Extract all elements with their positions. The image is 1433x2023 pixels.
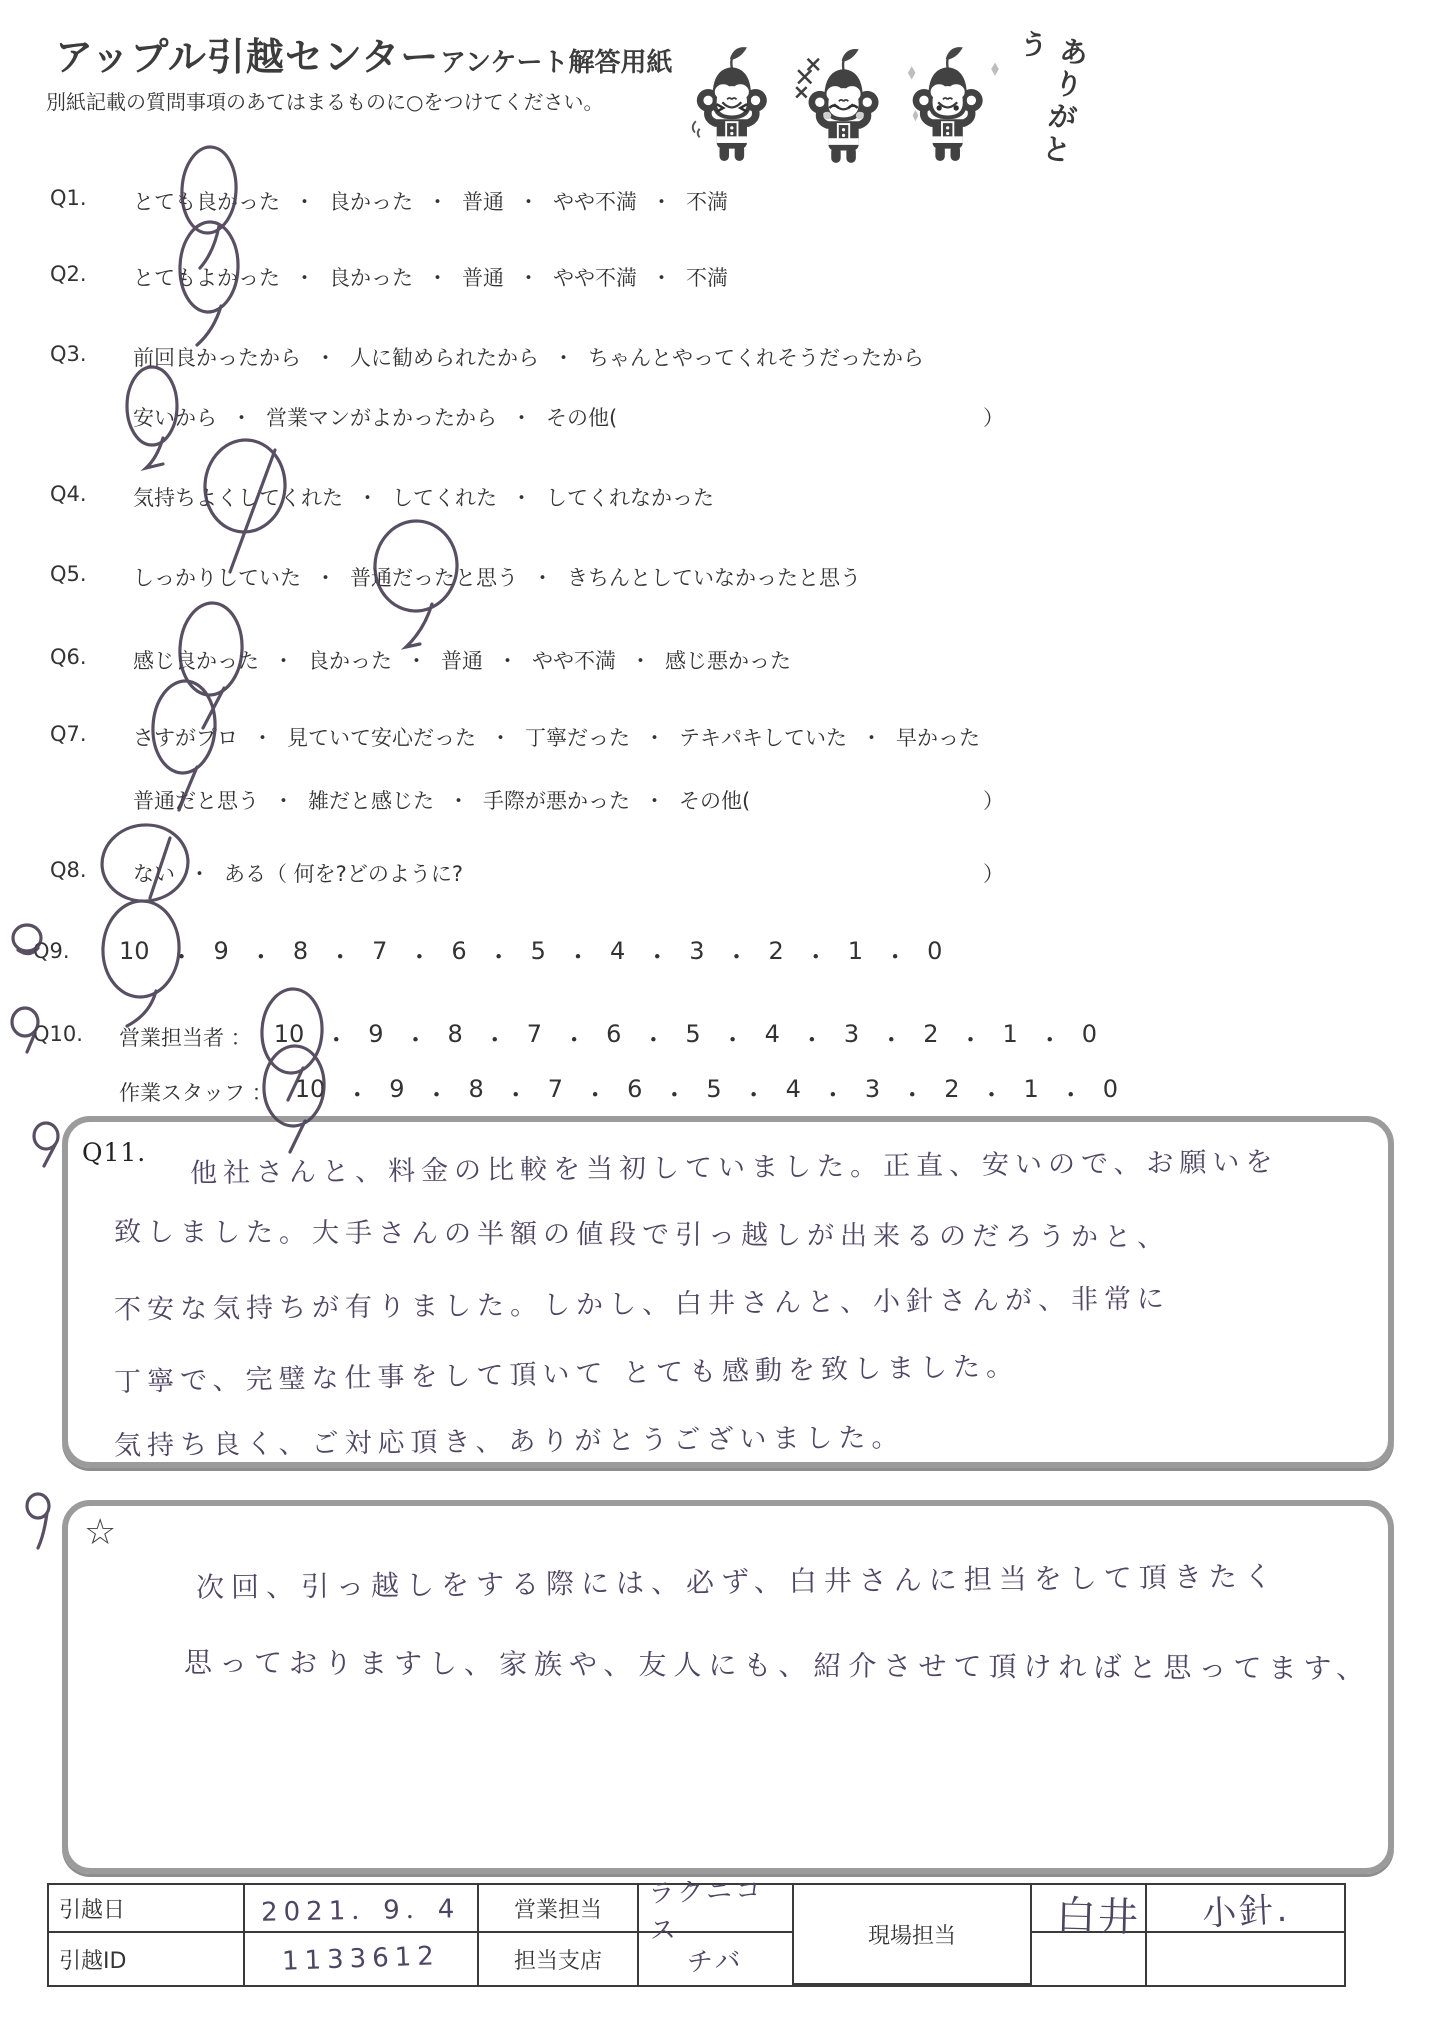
dot-separator: ・	[800, 1020, 824, 1055]
dot-separator: ・	[742, 1075, 766, 1110]
mascot-2	[809, 49, 879, 158]
option[interactable]: 前回良かったから	[133, 342, 301, 372]
option[interactable]: 良かった	[329, 262, 413, 292]
option[interactable]: テキパキしていた	[679, 722, 847, 752]
option[interactable]: 0	[1082, 1020, 1097, 1055]
sheet-title: アンケート解答用紙	[440, 42, 672, 79]
mascot-3	[913, 47, 983, 156]
handwritten-comment: 他社さんと、料金の比較を当初していました。正直、安いので、お願いを致しました。大…	[68, 1122, 1378, 1474]
handwritten-line: 思っておりますし、家族や、友人にも、紹介させて頂ければと思ってます、	[184, 1621, 1368, 1711]
dot-separator: ・	[490, 722, 511, 752]
dot-separator: ・	[553, 342, 574, 372]
dot-separator: ・	[979, 1075, 1003, 1110]
footer-info-table: 引越日 2021．9．4 営業担当 ラクニコス 現場担当 白井 小針. 引越ID…	[47, 1883, 1346, 1987]
dot-separator: ・	[294, 262, 315, 292]
option[interactable]: 安いから	[133, 402, 217, 432]
site-crew-name-1[interactable]: 白井	[1032, 1885, 1147, 1933]
dot-separator: ・	[641, 1020, 665, 1055]
dot-separator: ・	[1038, 1020, 1062, 1055]
dot-separator: ・	[425, 1075, 449, 1110]
dot-separator: ・	[511, 482, 532, 512]
option[interactable]: 4	[786, 1075, 801, 1110]
question-row-q3: Q3. 前回良かったから・人に勧められたから・ちゃんとやってくれそうだったから	[50, 342, 924, 372]
option[interactable]: 2	[769, 937, 784, 972]
dot-separator: ・	[315, 562, 336, 592]
option[interactable]: 雑だと感じた	[308, 785, 434, 815]
margin-pen-mark-q11	[34, 1123, 58, 1166]
dot-separator: ・	[511, 402, 532, 432]
option[interactable]: 5	[531, 937, 546, 972]
dot-separator: ・	[644, 785, 665, 815]
dot-separator: ・	[483, 1020, 507, 1055]
monkey-mascots-illustration	[688, 36, 1018, 178]
handwritten-line: 気持ち良く、ご対応頂き、ありがとうございました。	[114, 1399, 1369, 1480]
option[interactable]: 不満	[686, 186, 728, 216]
option[interactable]: 8	[293, 937, 308, 972]
dot-separator: ・	[294, 186, 315, 216]
question-label: Q7.	[50, 722, 133, 746]
question-row-q10-sales: Q10. 営業担当者 ： 10・9・8・7・6・5・4・3・2・1・0	[33, 1020, 1097, 1055]
option[interactable]: さすがプロ	[133, 722, 238, 752]
option[interactable]: 6	[606, 1020, 621, 1055]
option[interactable]: その他(	[679, 785, 750, 815]
question-row-q3-line2: Q3. 安いから・営業マンがよかったから・その他(	[50, 402, 617, 432]
option[interactable]: 良かった	[308, 645, 392, 675]
option[interactable]: やや不満	[553, 186, 637, 216]
question-label: Q6.	[50, 645, 133, 669]
option[interactable]: 感じ悪かった	[665, 645, 791, 675]
option[interactable]: 6	[451, 937, 466, 972]
dot-separator: ・	[518, 186, 539, 216]
question-row-q7: Q7. さすがプロ・見ていて安心だった・丁寧だった・テキパキしていた・早かった	[50, 722, 980, 752]
option[interactable]: とてもよかった	[133, 262, 280, 292]
option[interactable]: 0	[1103, 1075, 1118, 1110]
handwritten-comment: 次回、引っ越しをする際には、必ず、白井さんに担当をして頂きたく思っておりますし、…	[68, 1506, 1378, 1708]
option[interactable]: 3	[844, 1020, 859, 1055]
option[interactable]: 10	[119, 937, 150, 972]
question-label: Q9.	[33, 937, 119, 963]
option[interactable]: 4	[765, 1020, 780, 1055]
option[interactable]: 6	[627, 1075, 642, 1110]
dot-separator: ・	[404, 1020, 428, 1055]
option[interactable]: 7	[527, 1020, 542, 1055]
dot-separator: ・	[645, 937, 669, 972]
option[interactable]: 丁寧だった	[525, 722, 630, 752]
question-label: Q10.	[33, 1020, 119, 1046]
option[interactable]: 人に勧められたから	[350, 342, 539, 372]
question-row-q1: Q1. とても良かった・良かった・普通・やや不満・不満	[50, 186, 728, 216]
dot-separator: ・	[651, 186, 672, 216]
option[interactable]: 0	[927, 937, 942, 972]
dot-separator: ・	[189, 858, 210, 888]
option[interactable]: 8	[469, 1075, 484, 1110]
option[interactable]: ない	[133, 858, 175, 888]
option[interactable]: 2	[944, 1075, 959, 1110]
option[interactable]: 感じ良かった	[133, 645, 259, 675]
option[interactable]: 気持ちよくしてくれた	[133, 482, 343, 512]
option[interactable]: ある（ 何を?どのように?	[224, 858, 463, 888]
dot-separator: ・	[532, 562, 553, 592]
dot-separator: ・	[821, 1075, 845, 1110]
comment-box-q11[interactable]: Q11. 他社さんと、料金の比較を当初していました。正直、安いので、お願いを致し…	[62, 1116, 1394, 1468]
option[interactable]: 普通だったと思う	[350, 562, 518, 592]
dot-separator: ・	[249, 937, 273, 972]
dot-separator: ・	[651, 262, 672, 292]
dot-separator: ・	[518, 262, 539, 292]
move-id-label: 引越ID	[49, 1933, 245, 1985]
scanned-survey-sheet: アップル引越センター アンケート解答用紙 別紙記載の質問事項のあてはまるものに○…	[0, 0, 1433, 2023]
option[interactable]: 5	[685, 1020, 700, 1055]
brand-title: アップル引越センター	[55, 26, 439, 81]
dot-separator: ・	[725, 937, 749, 972]
sales-rep-label: 営業担当	[479, 1885, 639, 1933]
dot-separator: ・	[407, 937, 431, 972]
option[interactable]: ちゃんとやってくれそうだったから	[588, 342, 924, 372]
mascot-1	[693, 47, 767, 156]
comment-box-star[interactable]: ☆ 次回、引っ越しをする際には、必ず、白井さんに担当をして頂きたく思っております…	[62, 1500, 1394, 1874]
question-label: Q2.	[50, 262, 133, 286]
option[interactable]: とても良かった	[133, 186, 280, 216]
dot-separator: ・	[583, 1075, 607, 1110]
dot-separator: ・	[662, 1075, 686, 1110]
handwritten-line: 他社さんと、料金の比較を当初していました。正直、安いので、お願いを	[190, 1128, 1369, 1208]
option[interactable]: 普通	[462, 262, 504, 292]
option[interactable]: 1	[1023, 1075, 1038, 1110]
option[interactable]: 7	[372, 937, 387, 972]
question-label: Q1.	[50, 186, 133, 210]
dot-separator: ・	[504, 1075, 528, 1110]
dot-separator: ・	[861, 722, 882, 752]
dot-separator: ・	[406, 645, 427, 675]
branch-label: 担当支店	[479, 1933, 639, 1985]
dot-separator: ・	[900, 1075, 924, 1110]
option[interactable]: 9	[214, 937, 229, 972]
handwritten-line: 次回、引っ越しをする際には、必ず、白井さんに担当をして頂きたく	[196, 1534, 1369, 1630]
question-row-q9: Q9. 10・9・8・7・6・5・4・3・2・1・0	[33, 937, 942, 972]
option[interactable]: 9	[368, 1020, 383, 1055]
dot-separator: ・	[644, 722, 665, 752]
dot-separator: ・	[427, 262, 448, 292]
option[interactable]: その他(	[546, 402, 617, 432]
dot-separator: ・	[721, 1020, 745, 1055]
site-crew-label: 現場担当	[794, 1885, 1032, 1985]
site-crew-name-2[interactable]: 小針.	[1147, 1885, 1344, 1933]
option[interactable]: 手際が悪かった	[483, 785, 630, 815]
option[interactable]: 3	[865, 1075, 880, 1110]
dot-separator: ・	[448, 785, 469, 815]
option[interactable]: 見ていて安心だった	[287, 722, 476, 752]
option[interactable]: 4	[610, 937, 625, 972]
question-row-q2: Q2. とてもよかった・良かった・普通・やや不満・不満	[50, 262, 728, 292]
dot-separator: ・	[883, 937, 907, 972]
option[interactable]: 1	[1002, 1020, 1017, 1055]
paren-close: ）	[983, 402, 1004, 432]
sales-rep-value[interactable]: ラクニコス	[639, 1885, 794, 1933]
dot-separator: ・	[562, 1020, 586, 1055]
dot-separator: ・	[487, 937, 511, 972]
dot-separator: ・	[328, 937, 352, 972]
dot-separator: ・	[1059, 1075, 1083, 1110]
option[interactable]: 5	[706, 1075, 721, 1110]
question-row-q4: Q4. 気持ちよくしてくれた・してくれた・してくれなかった	[50, 482, 714, 512]
dot-separator: ・	[252, 722, 273, 752]
option[interactable]: 1	[848, 937, 863, 972]
dot-separator: ・	[879, 1020, 903, 1055]
paren-close: ）	[983, 785, 1004, 815]
dot-separator: ・	[958, 1020, 982, 1055]
move-date-value[interactable]: 2021．9．4	[245, 1885, 479, 1933]
option[interactable]: 7	[548, 1075, 563, 1110]
option[interactable]: 2	[923, 1020, 938, 1055]
option[interactable]: してくれなかった	[546, 482, 714, 512]
dot-separator: ・	[357, 482, 378, 512]
option[interactable]: やや不満	[553, 262, 637, 292]
option[interactable]: 普通	[441, 645, 483, 675]
move-date-label: 引越日	[49, 1885, 245, 1933]
dot-separator: ・	[170, 937, 194, 972]
question-row-q5: Q5. しっかりしていた・普通だったと思う・きちんとしていなかったと思う	[50, 562, 861, 592]
scale-sub-label: 営業担当者 ：	[119, 1020, 252, 1052]
option[interactable]: 10	[295, 1075, 326, 1110]
branch-value[interactable]: チバ	[639, 1933, 794, 1985]
option[interactable]: やや不満	[532, 645, 616, 675]
option[interactable]: 早かった	[896, 722, 980, 752]
question-label: Q3.	[50, 342, 133, 366]
option[interactable]: してくれた	[392, 482, 497, 512]
question-label: Q4.	[50, 482, 133, 506]
instruction-text: 別紙記載の質問事項のあてはまるものに○をつけてください。	[46, 86, 603, 115]
sparkle-plus-marks	[796, 59, 819, 98]
move-id-value[interactable]: 1133612	[245, 1933, 479, 1985]
question-row-q6: Q6. 感じ良かった・良かった・普通・やや不満・感じ悪かった	[50, 645, 791, 675]
dot-separator: ・	[804, 937, 828, 972]
dot-separator: ・	[324, 1020, 348, 1055]
dot-separator: ・	[231, 402, 252, 432]
dot-separator: ・	[315, 342, 336, 372]
dot-separator: ・	[566, 937, 590, 972]
question-label: Q8.	[50, 858, 133, 882]
option[interactable]: 営業マンがよかったから	[266, 402, 497, 432]
option[interactable]: 普通	[462, 186, 504, 216]
dot-separator: ・	[497, 645, 518, 675]
option[interactable]: 10	[274, 1020, 305, 1055]
option[interactable]: 8	[448, 1020, 463, 1055]
dot-separator: ・	[427, 186, 448, 216]
option[interactable]: 3	[689, 937, 704, 972]
question-label: Q5.	[50, 562, 133, 586]
dot-separator: ・	[273, 785, 294, 815]
option[interactable]: 良かった	[329, 186, 413, 216]
scale-sub-label: 作業スタッフ ：	[119, 1075, 273, 1107]
question-row-q10-staff: Q10. 作業スタッフ ： 10・9・8・7・6・5・4・3・2・1・0	[33, 1075, 1118, 1110]
option[interactable]: しっかりしていた	[133, 562, 301, 592]
empty-cell	[1147, 1933, 1344, 1985]
handwritten-line: 致しました。大手さんの半額の値段で引っ越しが出来るのだろうかと、	[114, 1199, 1368, 1274]
option[interactable]: 9	[389, 1075, 404, 1110]
option[interactable]: 不満	[686, 262, 728, 292]
dot-separator: ・	[273, 645, 294, 675]
paren-close: ）	[983, 858, 1004, 888]
question-row-q7-line2: Q7. 普通だと思う・雑だと感じた・手際が悪かった・その他(	[50, 785, 750, 815]
option[interactable]: きちんとしていなかったと思う	[567, 562, 861, 592]
option[interactable]: 普通だと思う	[133, 785, 259, 815]
dot-separator: ・	[630, 645, 651, 675]
margin-pen-mark-box2	[27, 1494, 49, 1548]
question-row-q8: Q8. ない・ある（ 何を?どのように?	[50, 858, 463, 888]
dot-separator: ・	[345, 1075, 369, 1110]
